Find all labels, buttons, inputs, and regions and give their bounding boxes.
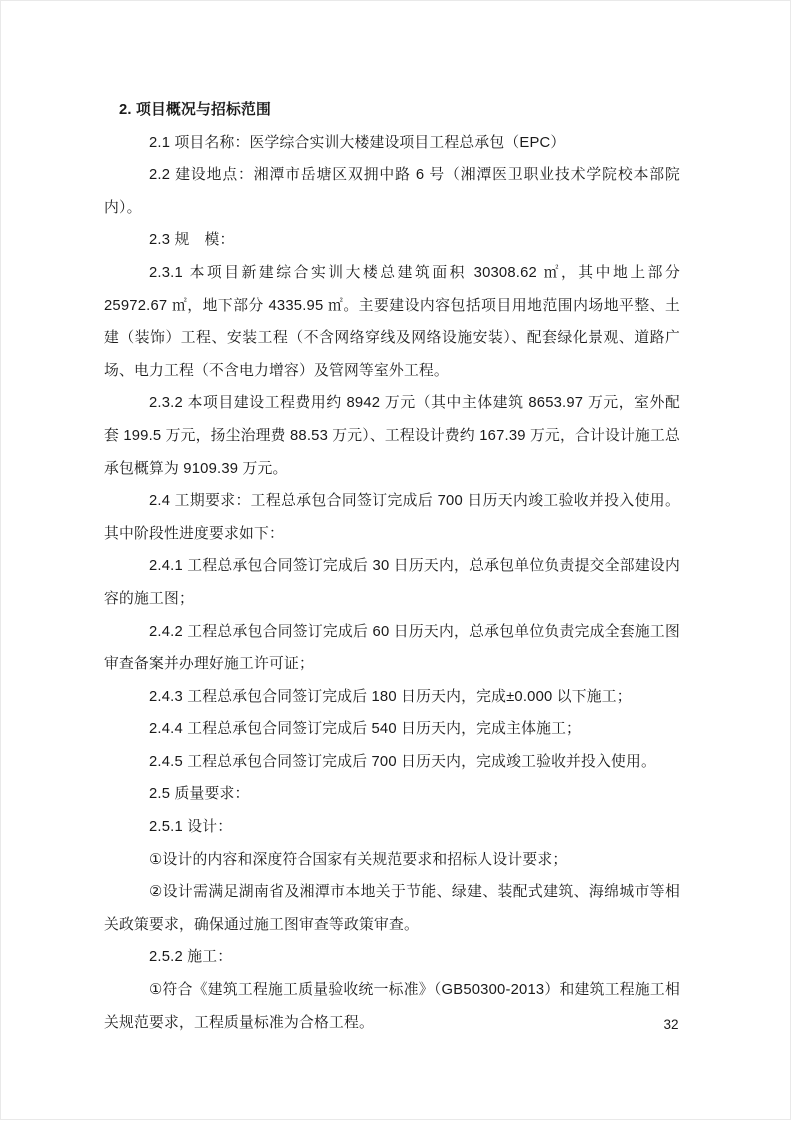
paragraph: 2.2 建设地点：湘潭市岳塘区双拥中路 6 号（湘潭医卫职业技术学院校本部院内）…	[104, 159, 680, 224]
paragraph: 2.1 项目名称：医学综合实训大楼建设项目工程总承包（EPC）	[104, 127, 680, 160]
section-heading: 2. 项目概况与招标范围	[104, 94, 680, 127]
document-page: 2. 项目概况与招标范围2.1 项目名称：医学综合实训大楼建设项目工程总承包（E…	[0, 0, 791, 1120]
paragraph: 2.4 工期要求：工程总承包合同签订完成后 700 日历天内竣工验收并投入使用。…	[104, 485, 680, 550]
paragraph: ①设计的内容和深度符合国家有关规范要求和招标人设计要求；	[104, 844, 680, 877]
paragraph: 2.3.2 本项目建设工程费用约 8942 万元（其中主体建筑 8653.97 …	[104, 387, 680, 485]
page-number: 32	[656, 1015, 686, 1035]
paragraph: 2.4.3 工程总承包合同签订完成后 180 日历天内，完成±0.000 以下施…	[104, 681, 680, 714]
paragraph: 2.4.5 工程总承包合同签订完成后 700 日历天内，完成竣工验收并投入使用。	[104, 746, 680, 779]
paragraph: 2.4.1 工程总承包合同签订完成后 30 日历天内，总承包单位负责提交全部建设…	[104, 550, 680, 615]
paragraph: 2.3.1 本项目新建综合实训大楼总建筑面积 30308.62 ㎡，其中地上部分…	[104, 257, 680, 387]
paragraph: 2.4.2 工程总承包合同签订完成后 60 日历天内，总承包单位负责完成全套施工…	[104, 616, 680, 681]
paragraph: 2.5.1 设计：	[104, 811, 680, 844]
paragraph: 2.3 规 模：	[104, 224, 680, 257]
paragraph: 2.4.4 工程总承包合同签订完成后 540 日历天内，完成主体施工；	[104, 713, 680, 746]
paragraph: 2.5 质量要求：	[104, 778, 680, 811]
paragraph: ①符合《建筑工程施工质量验收统一标准》（GB50300-2013）和建筑工程施工…	[104, 974, 680, 1039]
paragraph: ②设计需满足湖南省及湘潭市本地关于节能、绿建、装配式建筑、海绵城市等相关政策要求…	[104, 876, 680, 941]
paragraph: 2.5.2 施工：	[104, 941, 680, 974]
document-body: 2. 项目概况与招标范围2.1 项目名称：医学综合实训大楼建设项目工程总承包（E…	[104, 94, 680, 1039]
